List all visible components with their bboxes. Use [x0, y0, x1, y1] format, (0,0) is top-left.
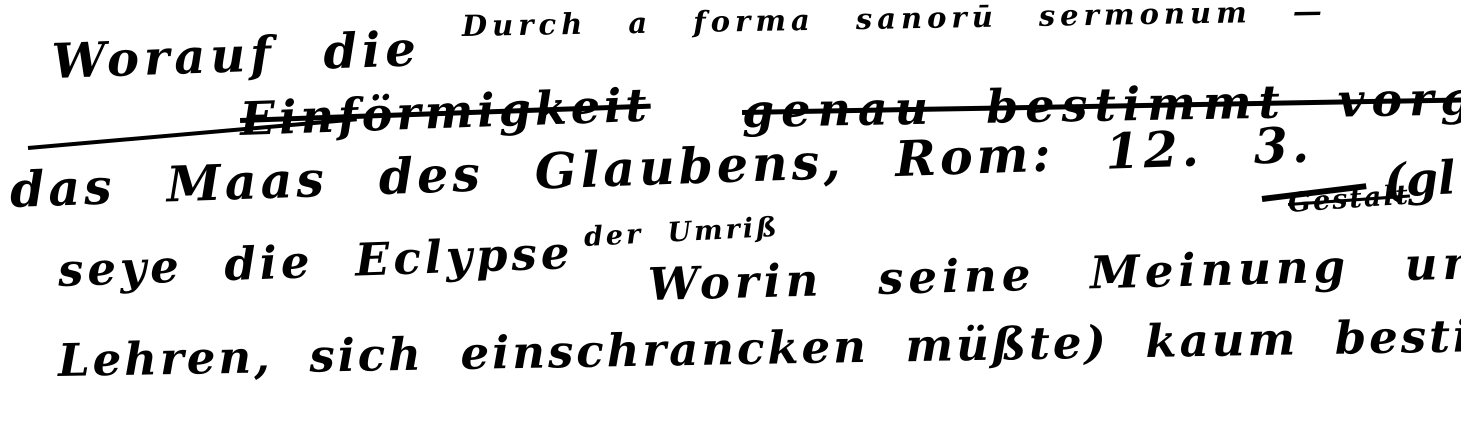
- interlinear-insertion-der-umriss: der Umriß: [583, 214, 780, 251]
- struck-word-einfoermigkeit: Einförmigkeit: [239, 82, 651, 142]
- handwriting-line-5: Lehren, sich einschrancken müßte) kaum b…: [58, 309, 1461, 383]
- handwriting-line-3: das Maas des Glaubens, Rom: 12. 3.: [9, 121, 1314, 215]
- handwriting-line-4-end: Worin seine Meinung und: [647, 239, 1461, 307]
- manuscript-page: Durch a forma sanorū sermonum — Worauf d…: [0, 0, 1461, 444]
- handwriting-line-4-start: seye die Eclypse: [57, 230, 574, 293]
- handwriting-line-1: Worauf die: [51, 25, 421, 86]
- interlinear-insertion-latin: Durch a forma sanorū sermonum —: [462, 0, 1327, 41]
- handwriting-line-3-tail: (gl: [1383, 154, 1457, 204]
